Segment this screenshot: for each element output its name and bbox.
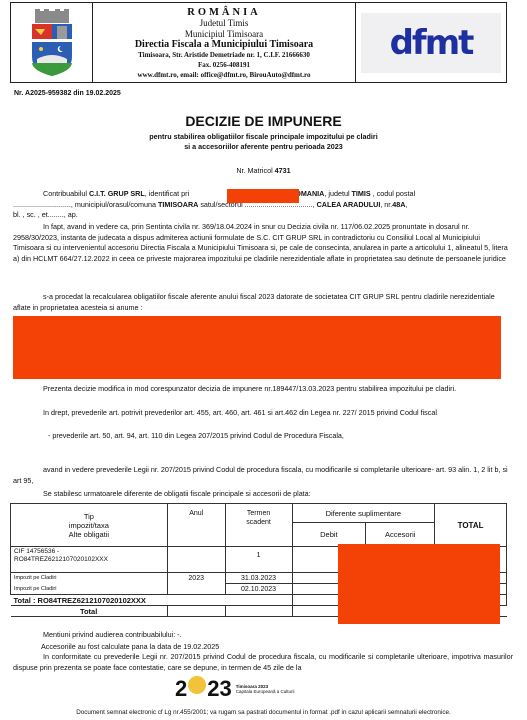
header-year: Anul [167, 504, 225, 547]
document-title: DECIZIE DE IMPUNERE [0, 113, 527, 129]
subtitle-line-1: pentru stabilirea obligatiilor fiscale p… [0, 132, 527, 142]
municipality-name: Municipiul Timisoara [93, 29, 355, 40]
legal-basis-paragraph: In drept, prevederile art. potrivit prev… [13, 408, 513, 419]
procedure-code-paragraph: - prevederile art. 50, art. 94, art. 110… [48, 431, 508, 442]
coat-of-arms-icon [27, 9, 77, 77]
header-type: Tip impozit/taxa Alte obligatii [11, 504, 168, 547]
dfmt-logo-text: dfmt [390, 23, 473, 63]
subtitle-line-2: si a accesoriilor aferente pentru perioa… [0, 142, 527, 152]
header-total: TOTAL [435, 504, 507, 547]
redaction-block-buildings [13, 316, 501, 379]
directorate-name: Directia Fiscala a Municipiului Timisoar… [93, 39, 355, 50]
institution-block: ROMÂNIA Judetul Timis Municipiul Timisoa… [93, 3, 356, 82]
letterhead: ROMÂNIA Judetul Timis Municipiul Timisoa… [10, 2, 507, 83]
facts-paragraph: In fapt, avand in vedere ca, prin Sentin… [13, 222, 513, 264]
considering-paragraph: avand in vedere prevederile Legii nr. 20… [13, 465, 513, 486]
redaction-block-amounts [338, 544, 500, 624]
appeal-paragraph: In conformitate cu prevederile Legii nr.… [13, 652, 513, 673]
accessories-date: Accesoriile au fost calculate pana la da… [41, 642, 527, 653]
redaction-block-id [227, 189, 299, 203]
company-name: C.I.T. GRUP SRL [89, 189, 145, 198]
established-differences-paragraph: Se stabilesc urmatoarele diferente de ob… [43, 489, 527, 500]
header-due: Termen scadent [225, 504, 292, 547]
fax-line: Fax. 0256-408191 [93, 60, 355, 70]
logo-cell: dfmt [356, 3, 506, 82]
contacts-line: www.dfmt.ro, email: office@dfmt.ro, Biro… [93, 70, 355, 80]
matricol-label: Nr. Matricol [236, 166, 274, 175]
header-accessories: Accesorii [366, 523, 435, 547]
header-differences: Diferente suplimentare [292, 504, 435, 523]
document-subtitle: pentru stabilirea obligatiilor fiscale p… [0, 132, 527, 152]
dfmt-logo: dfmt [361, 13, 501, 73]
timisoara-2023-logo: 2 23 Timisoara 2023 Capitala Europeană a… [175, 678, 295, 700]
recalculation-paragraph: s-a procedat la recalcularea obligatiilo… [13, 292, 513, 313]
matricol-number: Nr. Matricol 4731 [0, 166, 527, 175]
document-number: Nr. A2025-959382 din 19.02.2025 [14, 90, 121, 97]
modification-paragraph: Prezenta decizie modifica in mod corespu… [13, 384, 513, 395]
header-debit: Debit [292, 523, 366, 547]
matricol-value: 4731 [275, 166, 291, 175]
country-name: ROMÂNIA [93, 7, 355, 18]
electronic-signature-note: Document semnat electronic cf Lg nr.455/… [0, 709, 527, 716]
county-name: Judetul Timis [93, 18, 355, 29]
address-line: Timisoara, Str. Aristide Demetriade nr. … [93, 50, 355, 60]
crest-cell [11, 3, 93, 82]
hearing-mentions: Mentiuni privind audierea contribuabilul… [43, 630, 527, 641]
sun-icon [188, 676, 206, 694]
